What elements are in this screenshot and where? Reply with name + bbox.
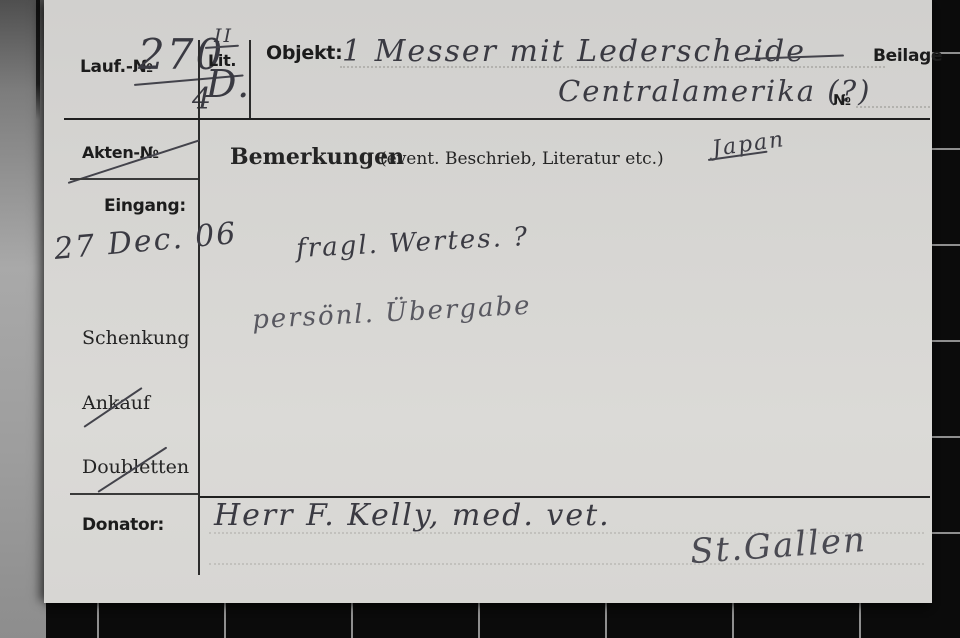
header-divider-rule <box>64 118 930 120</box>
beilage-label: Beilage <box>873 46 942 66</box>
objekt-line1: 1 Messer mit Lederscheide <box>342 34 806 69</box>
photo-background: Lauf.-№ 270 4 II Lit. D. Objekt: 1 Messe… <box>0 0 960 638</box>
bemerkungen-sub-label: (event. Beschrieb, Literatur etc.) <box>380 149 664 169</box>
objekt-line2: Centralamerika (?) <box>558 74 871 108</box>
eingang-date-value: 27 Dec. 06 <box>53 216 239 267</box>
objekt-label: Objekt: <box>266 42 342 64</box>
remark-note-1: fragl. Wertes. ? <box>295 222 529 264</box>
akten-no-label: Akten-№ <box>82 143 159 162</box>
no-label: № <box>833 91 851 109</box>
lit-box-left-line <box>198 40 200 120</box>
card-spine-shadow <box>36 0 40 120</box>
remark-note-2: persönl. Übergabe <box>251 291 532 336</box>
akten-no-rule <box>70 178 198 180</box>
left-column-bottom-rule <box>70 493 198 495</box>
donator-value: Herr F. Kelly, med. vet. <box>214 498 611 533</box>
eingang-label: Eingang: <box>104 196 186 216</box>
bemerkungen-label: Bemerkungen <box>230 144 404 170</box>
column-divider-line <box>198 120 200 575</box>
lit-superscript: II <box>214 25 233 47</box>
schenkung-label: Schenkung <box>82 327 190 349</box>
objekt-line1-rule <box>340 66 885 68</box>
adjacent-page-edge <box>0 0 46 638</box>
donator-label: Donator: <box>82 515 164 535</box>
lit-value: D. <box>206 62 251 106</box>
catalog-card: Lauf.-№ 270 4 II Lit. D. Objekt: 1 Messe… <box>44 0 932 603</box>
no-rule <box>856 106 930 108</box>
